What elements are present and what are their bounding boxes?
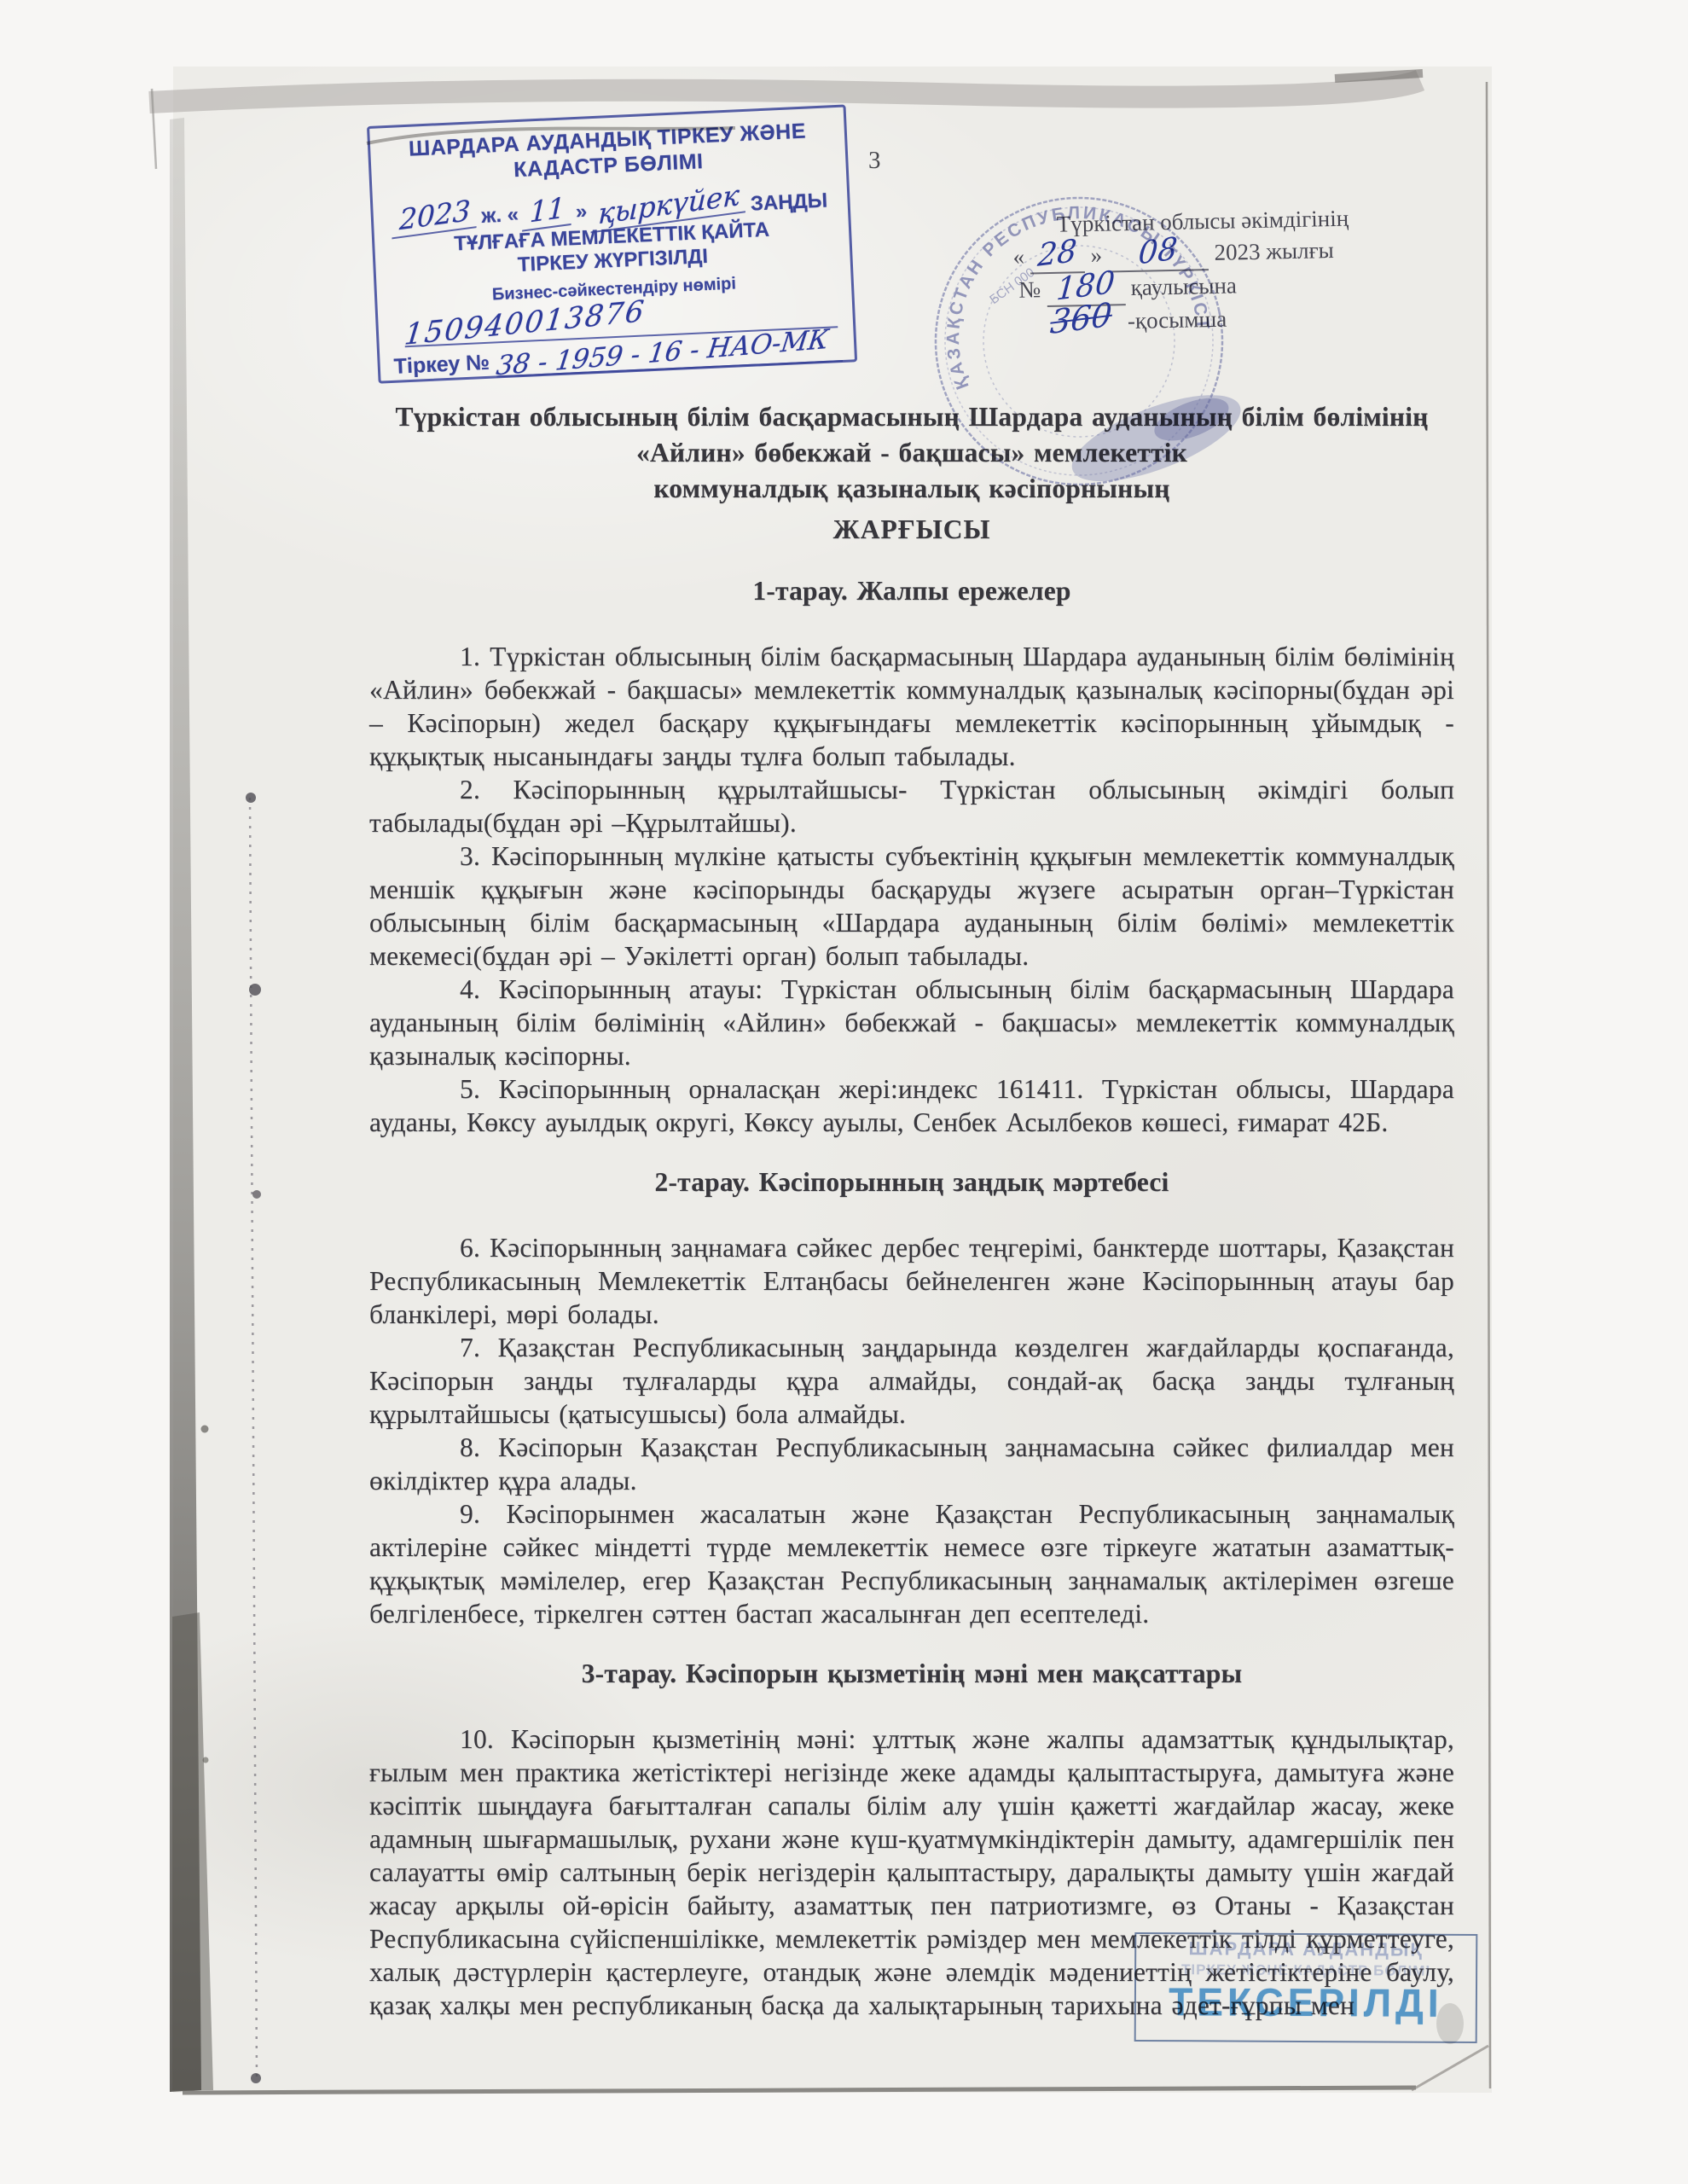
page-number: 3 <box>868 147 881 175</box>
paragraph-9: 9. Кәсіпорынмен жасалатын және Қазақстан… <box>369 1497 1454 1630</box>
top-left-corner-tick <box>152 89 156 169</box>
paragraph-8: 8. Кәсіпорын Қазақстан Республикасының з… <box>369 1431 1454 1497</box>
document-title: Түркістан облысының білім басқармасының … <box>369 399 1454 507</box>
document-body: Түркістан облысының білім басқармасының … <box>369 399 1454 2022</box>
registration-stamp-office: ШАРДАРА АУДАНДЫҚ ТІРКЕУ ЖӘНЕ КАДАСТР БӨЛ… <box>370 117 846 189</box>
approval-open-quote: « <box>1012 244 1024 270</box>
verification-stamp-ghost-line2: ТІРКЕУ ЖӘНЕ КАДАСТР БӨЛІМІ <box>1136 1961 1476 1980</box>
date-printed-text: ж. « <box>481 203 519 228</box>
verification-stamp-label: ТЕКСЕРІЛДІ <box>1136 1978 1476 2026</box>
handwritten-day: 11 <box>522 189 572 231</box>
paragraph-5: 5. Кәсіпорынның орналасқан жері:индекс 1… <box>369 1072 1454 1139</box>
paragraph-6: 6. Кәсіпорынның заңнамаға сәйкес дербес … <box>369 1231 1454 1331</box>
approval-close-quote: » <box>1090 242 1102 268</box>
document-title-line1: Түркістан облысының білім басқармасының … <box>369 399 1454 435</box>
approval-annex-text: -қосымша <box>1128 306 1227 334</box>
document-title-line2: «Айлин» бөбекжай - бақшасы» мемлекеттік <box>369 435 1454 471</box>
chapter1-heading: 1-тарау. Жалпы ережелер <box>369 573 1454 609</box>
handwritten-annex-number: 360 <box>1050 315 1111 324</box>
handwritten-approval-month: 08 <box>1139 249 1177 254</box>
approval-decree-text: қаулысына <box>1130 272 1237 300</box>
stamp-word-zandy: ЗАҢДЫ <box>750 189 827 216</box>
approval-note: Түркістан облысы әкімдігінің « 28 » 08 2… <box>1012 200 1492 341</box>
approval-annex-blank: 360 <box>1040 305 1122 340</box>
handwritten-approval-day: 28 <box>1038 252 1076 257</box>
seal-ink-blob <box>1062 377 1245 498</box>
approval-no-label: № <box>1018 276 1041 303</box>
document-main-title: ЖАРҒЫСЫ <box>369 512 1454 548</box>
registration-number-label: Тіркеу № <box>393 351 490 380</box>
paragraph-7: 7. Қазақстан Республикасының заңдарында … <box>369 1331 1454 1431</box>
verification-stamp: ШАРДАРА АУДАНДЫҚ ТІРКЕУ ЖӘНЕ КАДАСТР БӨЛ… <box>1134 1932 1478 2043</box>
verification-stamp-ghost-line1: ШАРДАРА АУДАНДЫҚ <box>1136 1937 1476 1961</box>
paragraph-1: 1. Түркістан облысының білім басқармасын… <box>369 640 1454 773</box>
approval-year-text: 2023 жылғы <box>1214 237 1334 265</box>
registration-stamp: ШАРДАРА АУДАНДЫҚ ТІРКЕУ ЖӘНЕ КАДАСТР БӨЛ… <box>367 105 857 384</box>
paragraph-2: 2. Кәсіпорынның құрылтайшысы- Түркістан … <box>369 773 1454 839</box>
paragraph-4: 4. Кәсіпорынның атауы: Түркістан облысын… <box>369 973 1454 1072</box>
chapter3-heading: 3-тарау. Кәсіпорын қызметінің мәні мен м… <box>369 1656 1454 1692</box>
document-title-line3: коммуналдық қазыналық кәсіпорнының <box>369 471 1454 507</box>
approval-month-blank: 08 <box>1107 237 1209 272</box>
handwritten-decree-number: 180 <box>1057 283 1115 291</box>
date-close-quote: » <box>575 200 588 224</box>
paragraph-3: 3. Кәсіпорынның мүлкіне қатысты субъекті… <box>369 839 1454 973</box>
chapter2-heading: 2-тарау. Кәсіпорынның заңдық мәртебесі <box>369 1165 1454 1200</box>
scanned-document: 3 ШАРДАРА АУДАНДЫҚ ТІРКЕУ ЖӘНЕ КАДАСТР Б… <box>0 0 1688 2184</box>
